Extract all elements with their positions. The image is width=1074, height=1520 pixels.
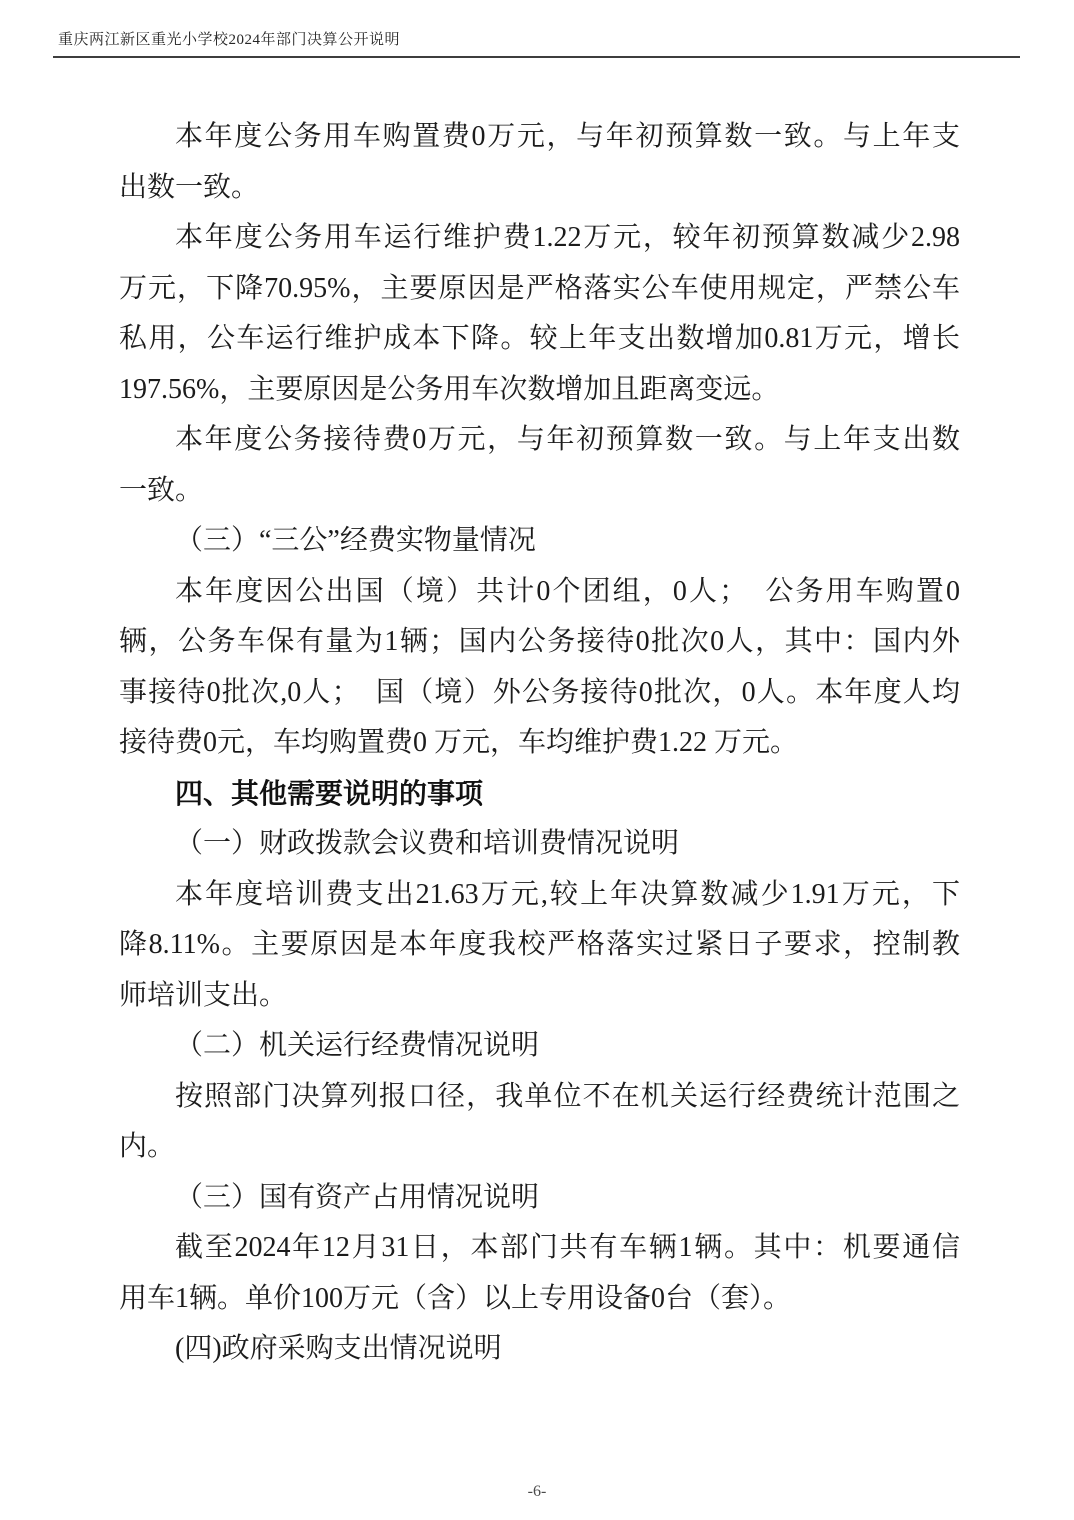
paragraph-line: 一致。 xyxy=(119,466,960,517)
paragraph-line: 本年度培训费支出21.63万元,较上年决算数减少1.91万元，下 xyxy=(119,870,960,921)
paragraph-line: 出数一致。 xyxy=(119,163,960,214)
section-heading-major: 四、其他需要说明的事项 xyxy=(119,769,960,820)
section-heading: (四)政府采购支出情况说明 xyxy=(119,1324,960,1375)
paragraph-line: 师培训支出。 xyxy=(119,971,960,1022)
document-page: 重庆两江新区重光小学校2024年部门决算公开说明 本年度公务用车购置费0万元，与… xyxy=(0,0,1074,1520)
paragraph-line: 私用，公车运行维护成本下降。较上年支出数增加0.81万元，增长 xyxy=(119,314,960,365)
paragraph-line: 事接待0批次,0人； 国（境）外公务接待0批次，0人。本年度人均 xyxy=(119,668,960,719)
paragraph-line: 本年度因公出国（境）共计0个团组，0人； 公务用车购置0 xyxy=(119,567,960,618)
page-number: -6- xyxy=(528,1483,547,1500)
page-footer: -6- xyxy=(0,1483,1074,1501)
paragraph-line: 按照部门决算列报口径，我单位不在机关运行经费统计范围之 xyxy=(119,1072,960,1123)
paragraph-line: 本年度公务用车购置费0万元，与年初预算数一致。与上年支 xyxy=(119,112,960,163)
paragraph-line: 万元，下降70.95%，主要原因是严格落实公车使用规定，严禁公车 xyxy=(119,264,960,315)
paragraph-line: 截至2024年12月31日，本部门共有车辆1辆。其中：机要通信 xyxy=(119,1223,960,1274)
paragraph-line: 用车1辆。单价100万元（含）以上专用设备0台（套）。 xyxy=(119,1274,960,1325)
paragraph-line: 197.56%，主要原因是公务用车次数增加且距离变远。 xyxy=(119,365,960,416)
section-heading: （三）国有资产占用情况说明 xyxy=(119,1173,960,1224)
paragraph-line: 本年度公务用车运行维护费1.22万元，较年初预算数减少2.98 xyxy=(119,213,960,264)
paragraph-line: 内。 xyxy=(119,1122,960,1173)
section-heading: （一）财政拨款会议费和培训费情况说明 xyxy=(119,819,960,870)
document-body: 本年度公务用车购置费0万元，与年初预算数一致。与上年支 出数一致。 本年度公务用… xyxy=(119,112,960,1375)
section-heading: （二）机关运行经费情况说明 xyxy=(119,1021,960,1072)
paragraph-line: 接待费0元，车均购置费0 万元，车均维护费1.22 万元。 xyxy=(119,718,960,769)
page-header: 重庆两江新区重光小学校2024年部门决算公开说明 xyxy=(53,33,1020,58)
paragraph-line: 辆，公务车保有量为1辆；国内公务接待0批次0人，其中：国内外 xyxy=(119,617,960,668)
section-heading: （三）“三公”经费实物量情况 xyxy=(119,516,960,567)
paragraph-line: 本年度公务接待费0万元，与年初预算数一致。与上年支出数 xyxy=(119,415,960,466)
page-header-title: 重庆两江新区重光小学校2024年部门决算公开说明 xyxy=(53,33,1020,48)
paragraph-line: 降8.11%。主要原因是本年度我校严格落实过紧日子要求，控制教 xyxy=(119,920,960,971)
